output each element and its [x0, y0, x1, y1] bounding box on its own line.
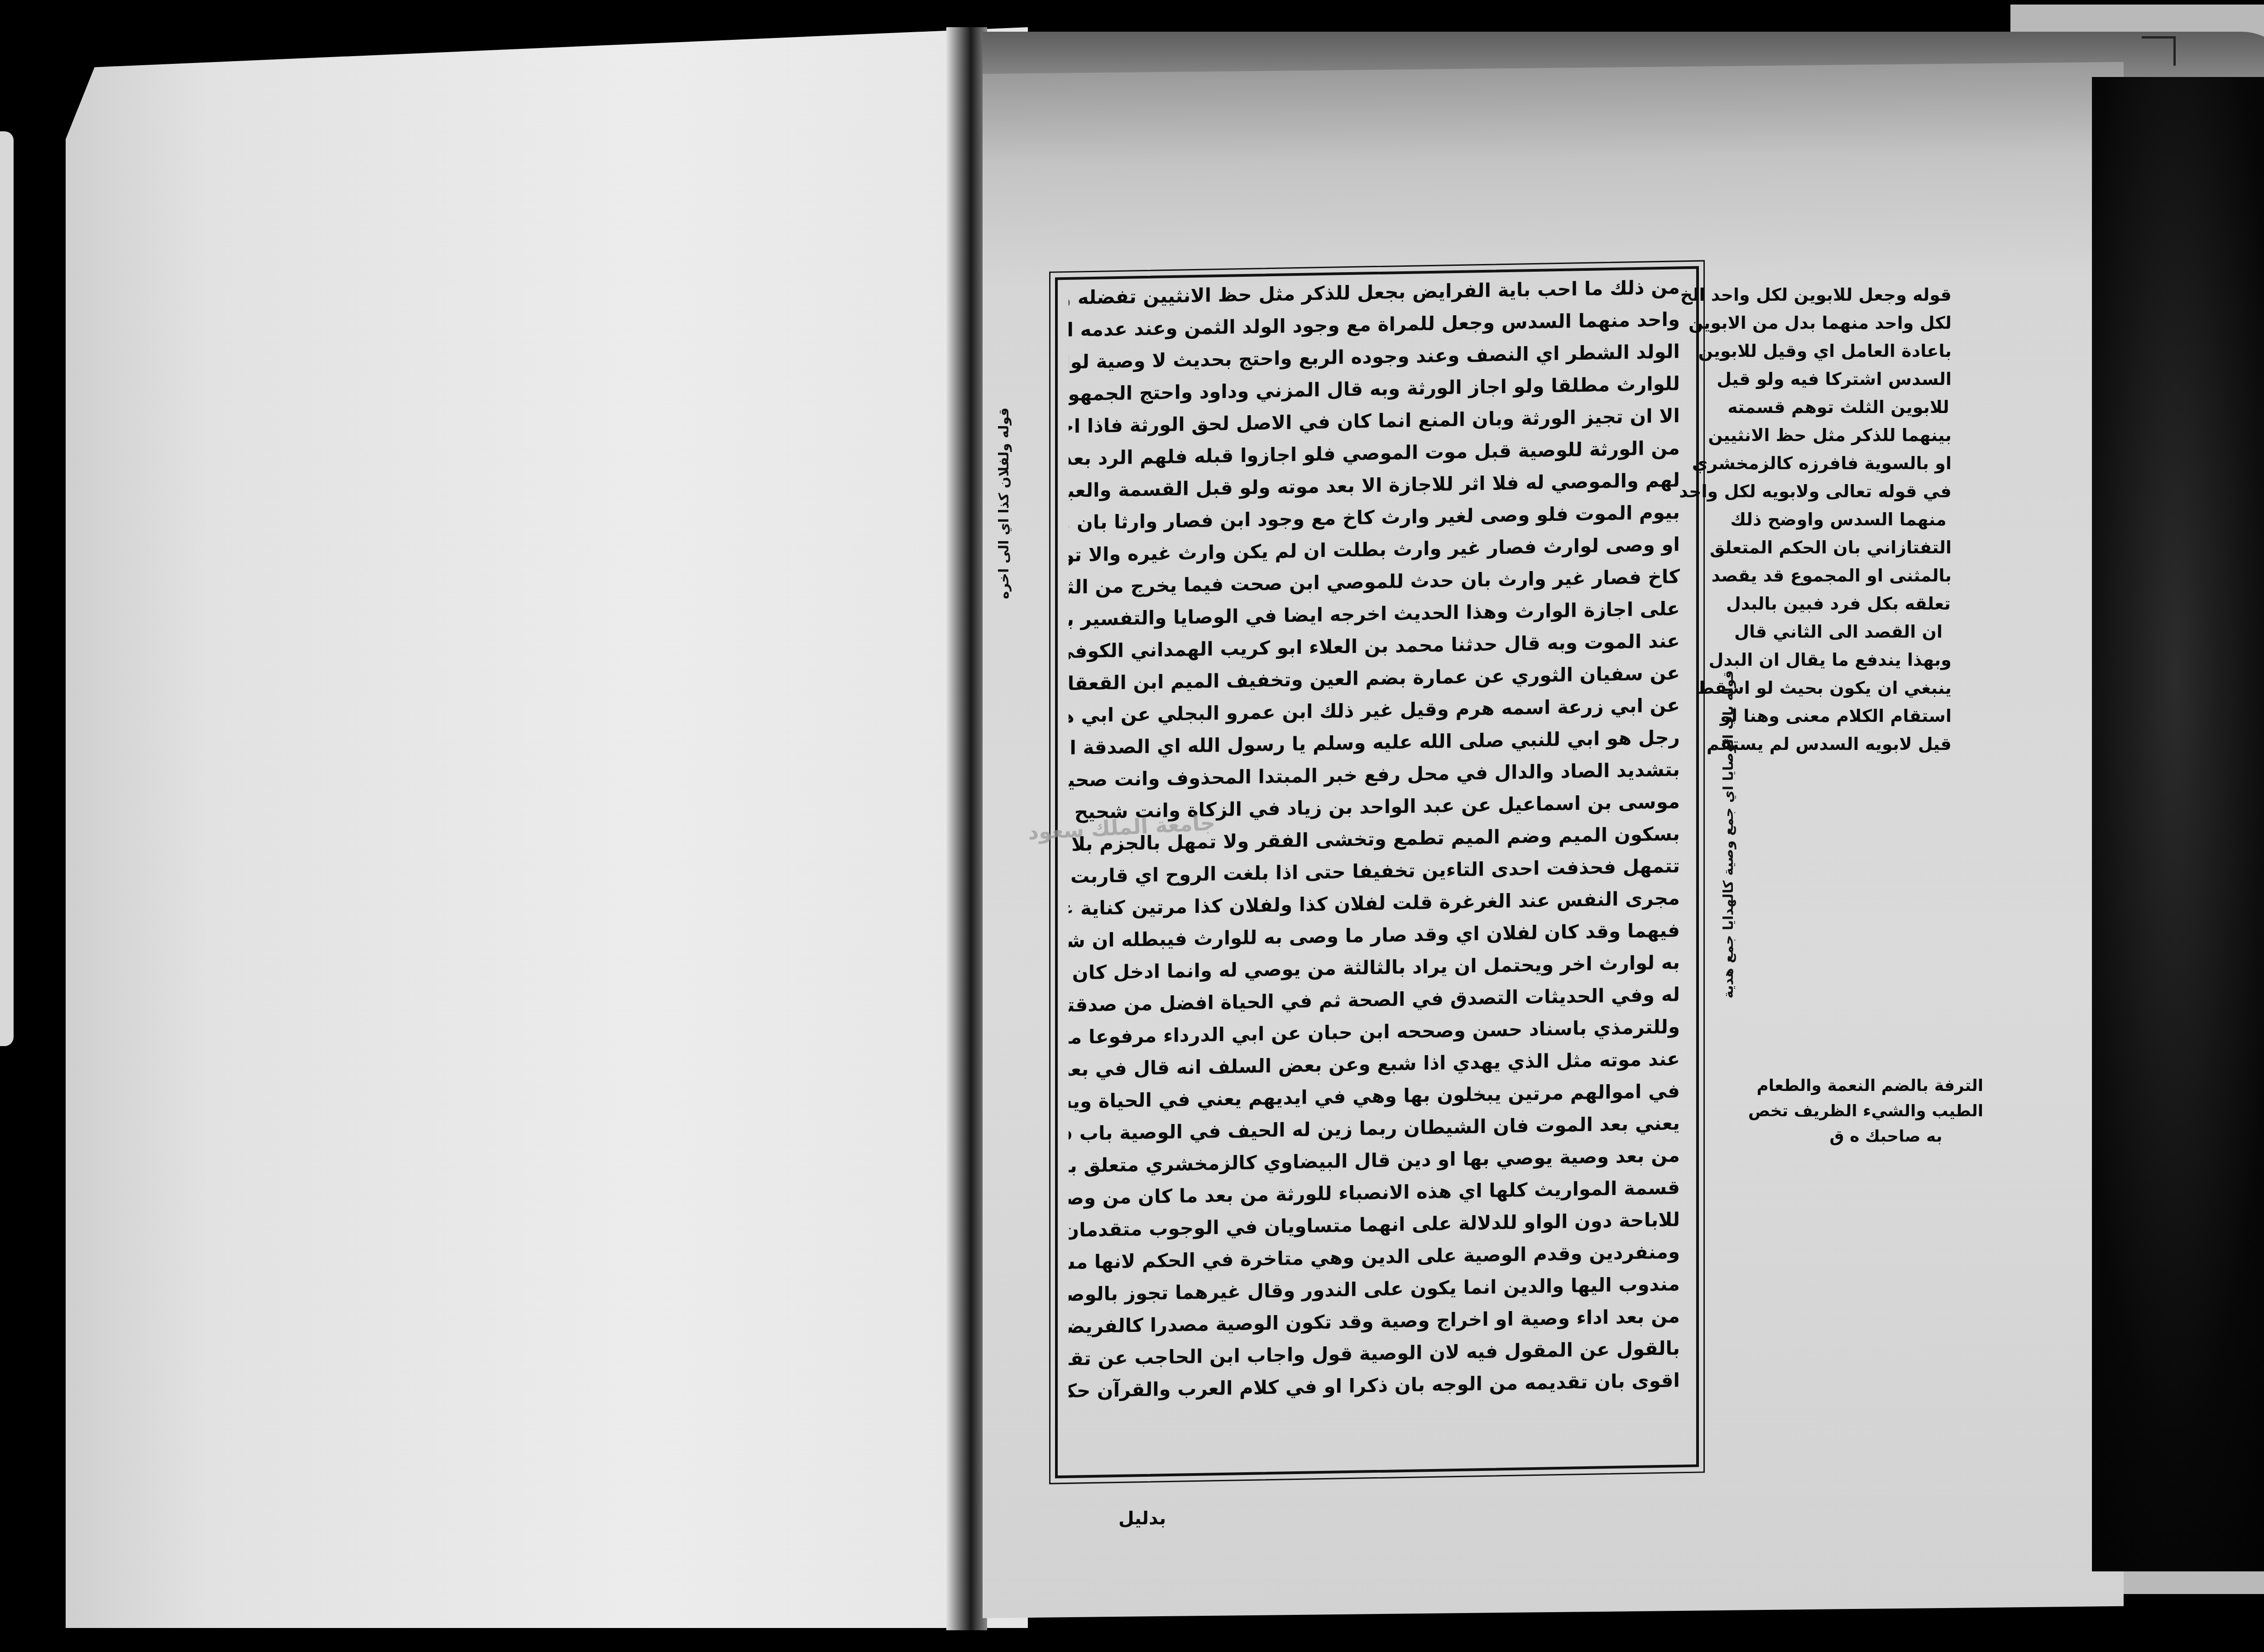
main-text-block: من ذلك ما احب باية الفرايض بجعل للذكر مث… [1069, 271, 1680, 1464]
marginal-note-line: باعادة العامل اي وقيل للابوين [1725, 337, 1952, 365]
marginal-note-line: او بالسوية فافرزه كالزمخشري [1725, 449, 1952, 477]
adjacent-page-edge [0, 131, 14, 1046]
marginal-note-line: السدس اشتركا فيه ولو قيل [1725, 365, 1952, 393]
marginal-note-line: للابوين الثلث توهم قسمته [1725, 393, 1952, 421]
corner-mark [2142, 36, 2176, 66]
gloss-line: به صاحبك ه ق [1789, 1124, 1983, 1149]
book-gutter [946, 27, 987, 1630]
marginal-note-line: استقام الكلام معنى وهنا لو [1725, 702, 1952, 730]
inner-margin-note: قوله ولفلان كذا اي الى اخره [996, 408, 1032, 815]
marginal-note-line: ينبغي ان يكون بحيث لو اسقط [1725, 674, 1952, 702]
marginal-note-line: قوله وجعل للابوين لكل واحد الخ [1725, 281, 1952, 309]
marginal-note-line: التفتازاني بان الحكم المتعلق [1725, 533, 1952, 562]
lower-marginal-gloss: الترفة بالضم النعمة والطعامالطيب والشيء … [1789, 1073, 1983, 1149]
right-marginalia: قوله وجعل للابوين لكل واحد الخلكل واحد م… [1725, 281, 1952, 758]
dark-binding-flap [2092, 77, 2264, 1571]
gloss-line: الترفة بالضم النعمة والطعام [1789, 1073, 1983, 1099]
vertical-marginal-note: قوله باب الوصايا اي جمع وصية كالهدايا جم… [1721, 670, 1748, 1069]
marginal-note-line: قيل لابويه السدس لم يستقم [1725, 730, 1952, 758]
marginal-note-line: ان القصد الى الثاني قال [1725, 618, 1952, 646]
marginal-note-line: منهما السدس واوضح ذلك [1725, 505, 1952, 533]
marginal-note-line: تعلقه بكل فرد فبين بالبدل [1725, 590, 1952, 618]
marginal-note-line: بينهما للذكر مثل حظ الانثيين [1725, 421, 1952, 449]
marginal-note-line: بالمثنى او المجموع قد يقصد [1725, 562, 1952, 590]
catchword: بدليل [1118, 1508, 1166, 1529]
gloss-line: الطيب والشيء الظريف تخص [1789, 1099, 1983, 1124]
marginal-note-line: لكل واحد منهما بدل من الابوين [1725, 309, 1952, 337]
blank-left-page [66, 27, 1028, 1628]
marginal-note-line: وبهذا يندفع ما يقال ان البدل [1725, 646, 1952, 674]
marginal-note-line: في قوله تعالى ولابويه لكل واحد [1725, 477, 1952, 505]
